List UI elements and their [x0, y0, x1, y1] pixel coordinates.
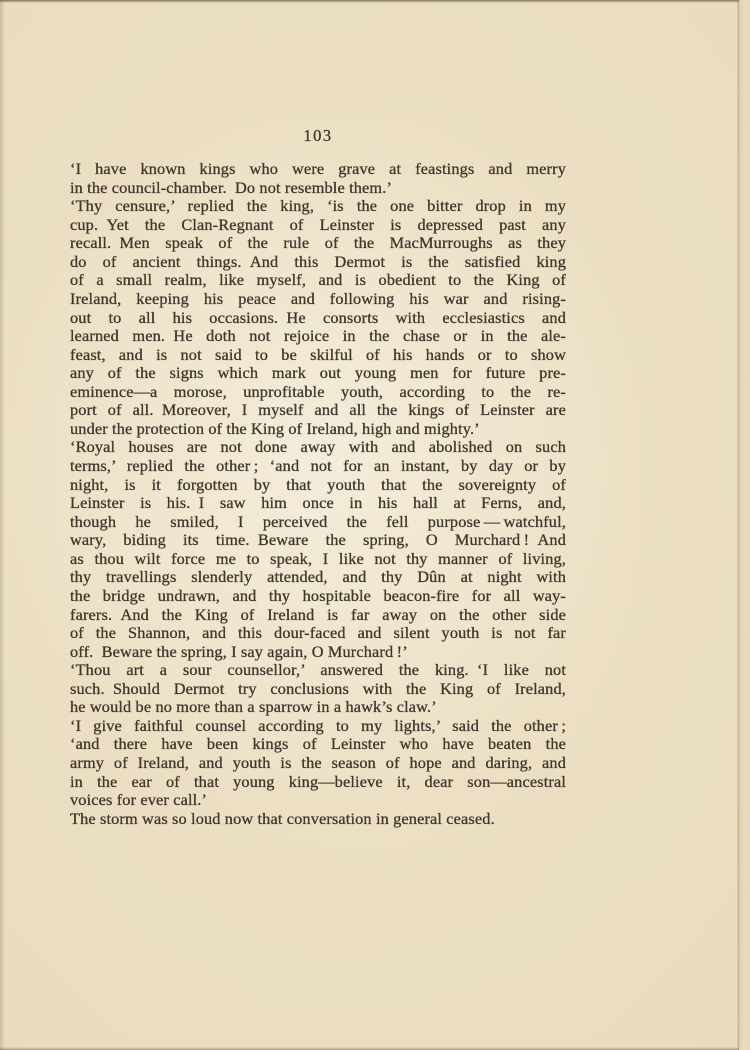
text-line: such. Should Dermot try conclusions with… — [70, 680, 566, 699]
scanned-book-page: { "page": { "paper_color": "#e9dcbf", "i… — [0, 0, 750, 1050]
text-line: cup. Yet the Clan-Regnant of Leinster is… — [70, 216, 566, 235]
text-line: wary, biding its time. Beware the spring… — [70, 531, 566, 550]
text-line: terms,’ replied the other ; ‘and not for… — [70, 457, 566, 476]
text-line: thy travellings slenderly attended, and … — [70, 568, 566, 587]
text-line: eminence—a morose, unprofitable youth, a… — [70, 383, 566, 402]
text-line: ‘Thy censure,’ replied the king, ‘is the… — [70, 197, 566, 216]
page-number: 103 — [70, 126, 566, 146]
text-line: Leinster is his. I saw him once in his h… — [70, 494, 566, 513]
text-line: though he smiled, I perceived the fell p… — [70, 513, 566, 532]
text-line: the bridge undrawn, and thy hospitable b… — [70, 587, 566, 606]
text-line: army of Ireland, and youth is the season… — [70, 754, 566, 773]
text-line: The storm was so loud now that conversat… — [70, 810, 566, 829]
text-line: night, is it forgotten by that youth tha… — [70, 476, 566, 495]
text-line: recall. Men speak of the rule of the Mac… — [70, 234, 566, 253]
text-line: ‘Thou art a sour counsellor,’ answered t… — [70, 661, 566, 680]
text-line: voices for ever call.’ — [70, 791, 566, 810]
text-line: in the ear of that young king—believe it… — [70, 773, 566, 792]
text-line: any of the signs which mark out young me… — [70, 364, 566, 383]
text-line: ‘I have known kings who were grave at fe… — [70, 160, 566, 179]
page-text-block: ‘I have known kings who were grave at fe… — [70, 160, 566, 828]
text-line: he would be no more than a sparrow in a … — [70, 698, 566, 717]
text-line: feast, and is not said to be skilful of … — [70, 346, 566, 365]
text-line: farers. And the King of Ireland is far a… — [70, 606, 566, 625]
text-line: ‘Royal houses are not done away with and… — [70, 438, 566, 457]
text-line: of the Shannon, and this dour-faced and … — [70, 624, 566, 643]
text-line: ‘I give faithful counsel according to my… — [70, 717, 566, 736]
text-line: under the protection of the King of Irel… — [70, 420, 566, 439]
page-right-edge-strip — [739, 0, 750, 1050]
text-line: off. Beware the spring, I say again, O M… — [70, 643, 566, 662]
text-line: port of all. Moreover, I myself and all … — [70, 401, 566, 420]
page-right-edge-line — [737, 0, 739, 1050]
text-line: do of ancient things. And this Dermot is… — [70, 253, 566, 272]
text-line: out to all his occasions. He consorts wi… — [70, 309, 566, 328]
text-line: Ireland, keeping his peace and following… — [70, 290, 566, 309]
text-line: as thou wilt force me to speak, I like n… — [70, 550, 566, 569]
text-line: learned men. He doth not rejoice in the … — [70, 327, 566, 346]
text-line: ‘and there have been kings of Leinster w… — [70, 735, 566, 754]
text-line: in the council-chamber. Do not resemble … — [70, 179, 566, 198]
text-line: of a small realm, like myself, and is ob… — [70, 271, 566, 290]
